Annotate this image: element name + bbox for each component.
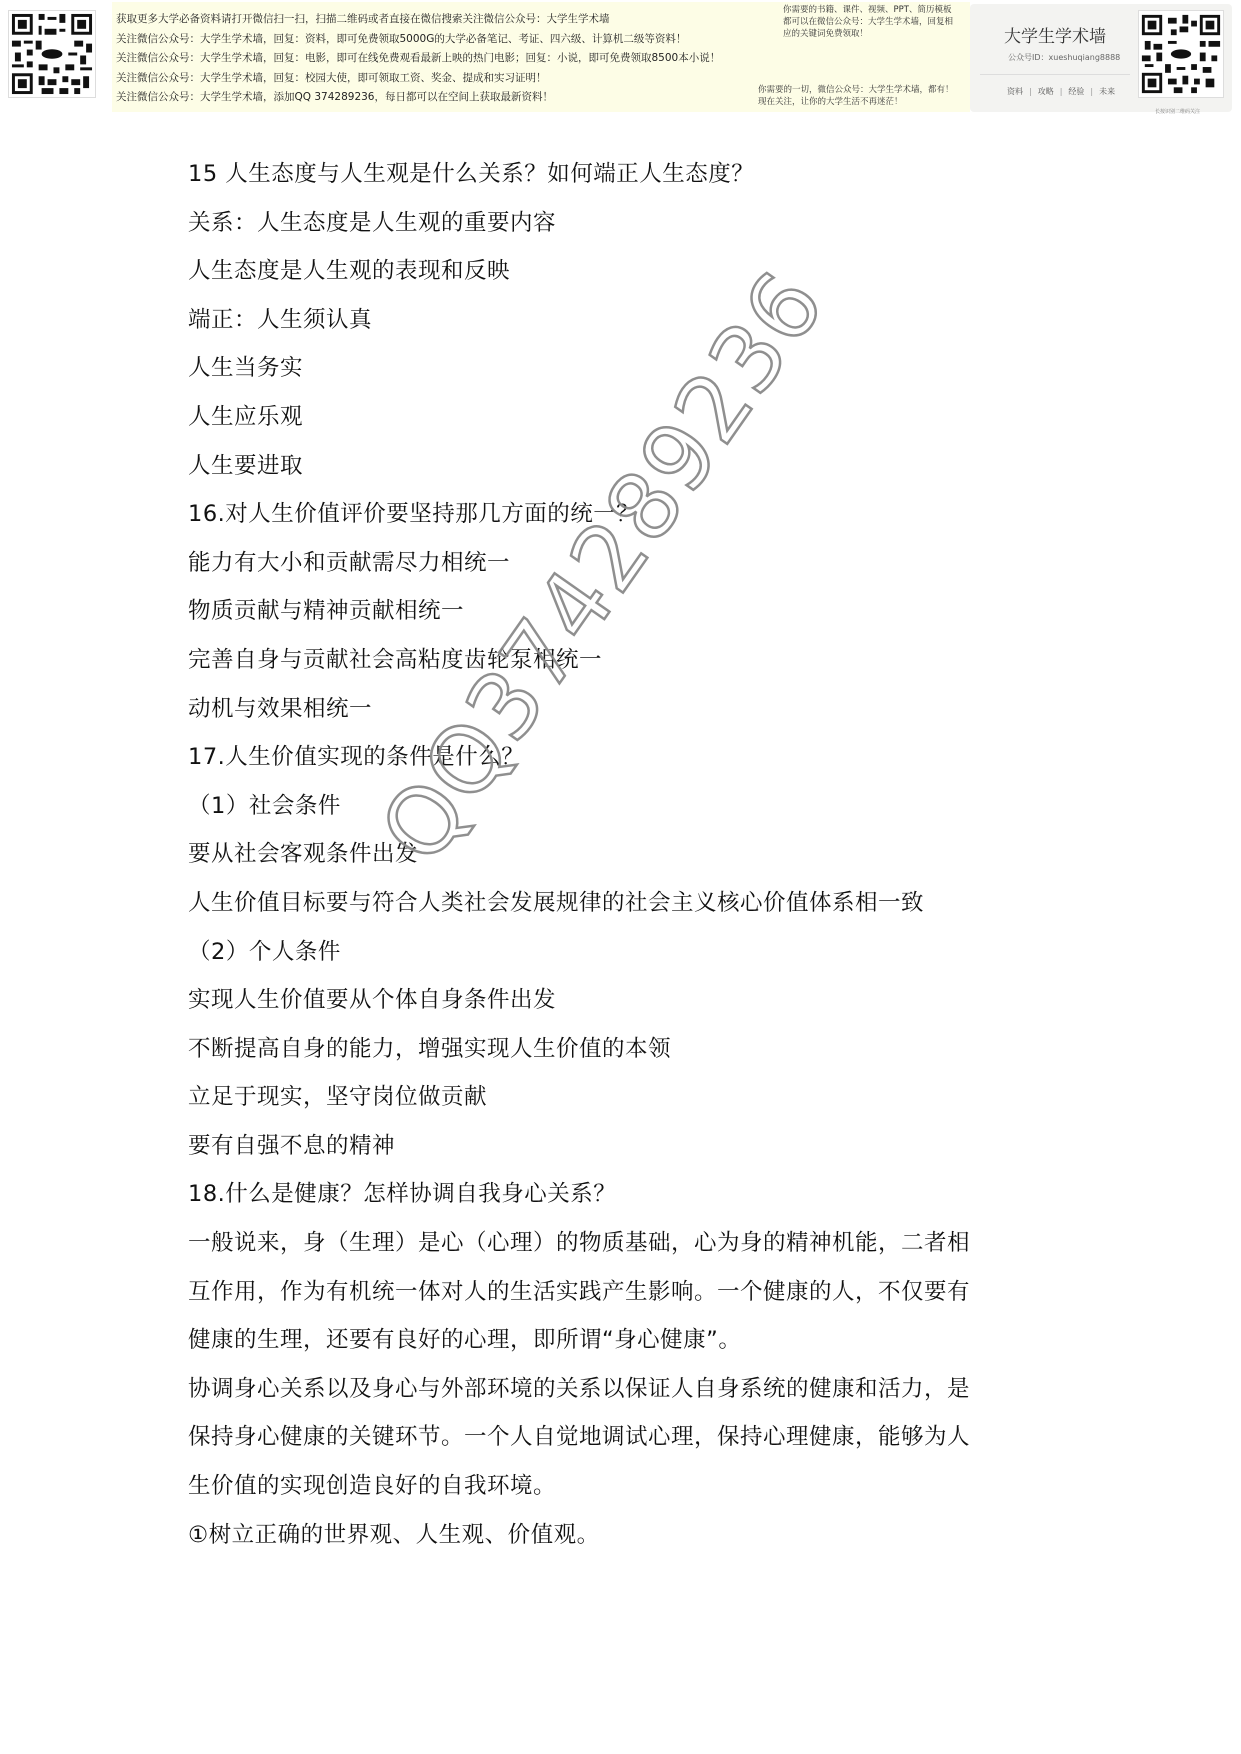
account-id: 公众号ID：xueshuqiang8888 [1008, 52, 1120, 63]
qr-code-icon [9, 11, 95, 97]
text-line: 要有自强不息的精神 [188, 1122, 1058, 1171]
banner-side-note-top: 你需要的书籍、课件、视频、PPT、简历模板 都可以在微信公众号：大学生学术墙，回… [783, 4, 953, 40]
divider: | [1029, 87, 1032, 96]
text-line: ①树立正确的世界观、人生观、价值观。 [188, 1511, 1058, 1560]
link-future: 未来 [1099, 87, 1115, 96]
divider: | [1060, 87, 1063, 96]
qr-code-right [1138, 10, 1224, 98]
text-line: 立足于现实，坚守岗位做贡献 [188, 1073, 1058, 1122]
qr-caption: 长按识别二维码关注 [1155, 108, 1200, 115]
text-line: 要从社会客观条件出发 [188, 830, 1058, 879]
text-line: 生价值的实现创造良好的自我环境。 [188, 1462, 1058, 1511]
qr-code-left [8, 10, 96, 98]
text-line: 互作用，作为有机统一体对人的生活实践产生影响。一个健康的人，不仅要有 [188, 1268, 1058, 1317]
link-experience: 经验 [1068, 87, 1084, 96]
text-line: 端正：人生须认真 [188, 296, 1058, 345]
divider [980, 74, 1130, 75]
text-line: 人生当务实 [188, 344, 1058, 393]
text-line: 人生价值目标要与符合人类社会发展规律的社会主义核心价值体系相一致 [188, 879, 1058, 928]
banner-promo-lines: 获取更多大学必备资料请打开微信扫一扫，扫描二维码或者直接在微信搜索关注微信公众号… [116, 10, 720, 108]
account-name: 大学生学术墙 [1004, 22, 1106, 47]
text-line: （2）个人条件 [188, 928, 1058, 977]
text-line: 关系：人生态度是人生观的重要内容 [188, 199, 1058, 248]
text-line: 不断提高自身的能力，增强实现人生价值的本领 [188, 1025, 1058, 1074]
banner-line: 关注微信公众号：大学生学术墙，回复：资料，即可免费领取5000G的大学必备笔记、… [116, 30, 720, 50]
question-heading-15: 15 人生态度与人生观是什么关系？如何端正人生态度？ [188, 150, 1058, 199]
text-line: 保持身心健康的关键环节。一个人自觉地调试心理，保持心理健康，能够为人 [188, 1413, 1058, 1462]
banner-line: 关注微信公众号：大学生学术墙，添加QQ 374289236，每日都可以在空间上获… [116, 88, 720, 108]
banner-line: 关注微信公众号：大学生学术墙，回复：电影，即可在线免费观看最新上映的热门电影；回… [116, 49, 720, 69]
divider: | [1090, 87, 1093, 96]
text-line: 人生应乐观 [188, 393, 1058, 442]
link-materials: 资料 [1007, 87, 1023, 96]
text-line: 动机与效果相统一 [188, 685, 1058, 734]
banner-line: 关注微信公众号：大学生学术墙，回复：校园大使，即可领取工资、奖金、提成和实习证明… [116, 69, 720, 89]
text-line: 协调身心关系以及身心与外部环境的关系以保证人自身系统的健康和活力，是 [188, 1365, 1058, 1414]
text-line: 人生态度是人生观的表现和反映 [188, 247, 1058, 296]
account-card: 大学生学术墙 公众号ID：xueshuqiang8888 资料|攻略|经验|未来 [970, 4, 1232, 112]
text-line: 一般说来，身（生理）是心（心理）的物质基础，心为身的精神机能，二者相 [188, 1219, 1058, 1268]
text-line: 完善自身与贡献社会高粘度齿轮泵相统一 [188, 636, 1058, 685]
text-line: 实现人生价值要从个体自身条件出发 [188, 976, 1058, 1025]
text-line: （1）社会条件 [188, 782, 1058, 831]
banner-line: 获取更多大学必备资料请打开微信扫一扫，扫描二维码或者直接在微信搜索关注微信公众号… [116, 10, 720, 30]
document-body: 15 人生态度与人生观是什么关系？如何端正人生态度？ 关系：人生态度是人生观的重… [188, 150, 1058, 1559]
link-guides: 攻略 [1038, 87, 1054, 96]
promo-banner: 获取更多大学必备资料请打开微信扫一扫，扫描二维码或者直接在微信搜索关注微信公众号… [0, 0, 1241, 115]
qr-code-icon [1139, 11, 1223, 97]
question-heading-17: 17.人生价值实现的条件是什么？ [188, 733, 1058, 782]
account-links: 资料|攻略|经验|未来 [1007, 86, 1115, 97]
text-line: 健康的生理，还要有良好的心理，即所谓“身心健康”。 [188, 1316, 1058, 1365]
banner-side-note-bottom: 你需要的一切，微信公众号：大学生学术墙，都有！ 现在关注，让你的大学生活不再迷茫… [758, 84, 954, 108]
question-heading-18: 18.什么是健康？怎样协调自我身心关系？ [188, 1170, 1058, 1219]
